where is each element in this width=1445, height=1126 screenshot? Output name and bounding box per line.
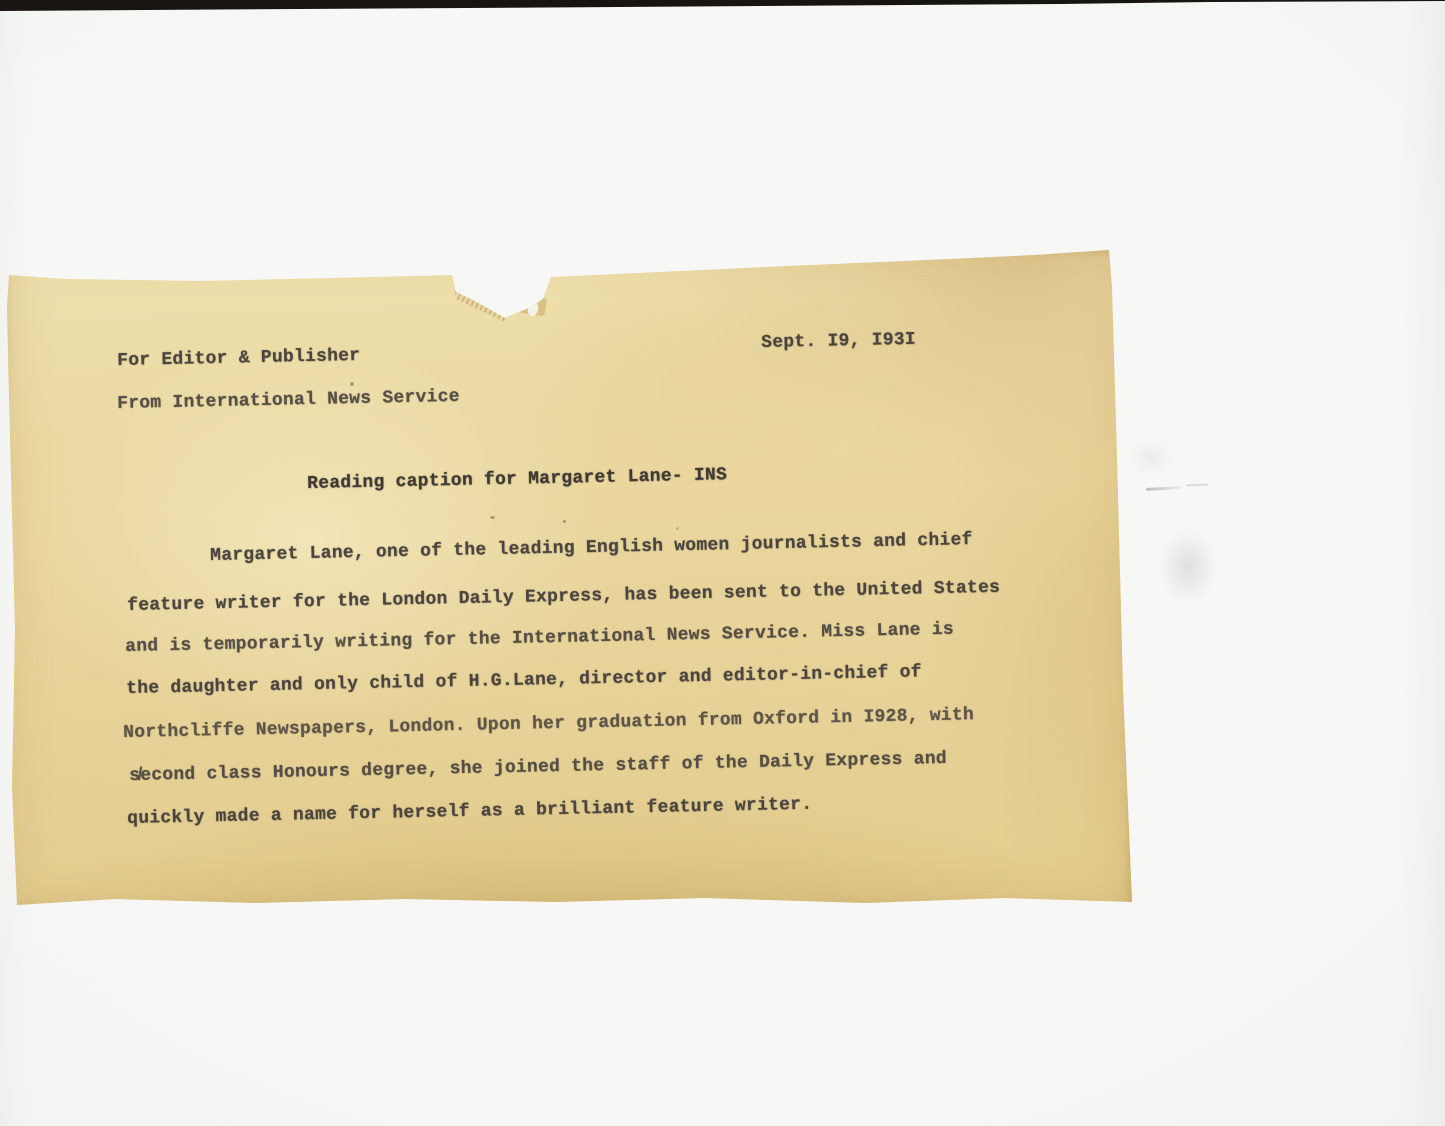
sender-line: From International News Service: [117, 388, 460, 413]
body-line-2: feature writer for the London Daily Expr…: [127, 579, 1000, 615]
date-line: Sept. I9, I93I: [761, 331, 916, 352]
pencil-smudge-dash: [1186, 484, 1208, 487]
pencil-smudge-blob: [1128, 438, 1174, 478]
body-line-5: Northcliffe Newspapers, London. Upon her…: [123, 706, 974, 742]
body-line-1: Margaret Lane, one of the leading Englis…: [210, 531, 973, 565]
body-line-3: and is temporarily writing for the Inter…: [125, 621, 954, 656]
pencil-smudge-blob: [1158, 528, 1218, 606]
ink-speck: [563, 520, 566, 523]
pencil-smudge-dash: [1146, 486, 1180, 491]
body-line-4: the daughter and only child of H.G.Lane,…: [126, 663, 922, 698]
ink-speck: [676, 527, 679, 530]
ink-speck: [350, 382, 354, 386]
paper-tear-crease: [499, 292, 547, 317]
scanned-page: Sept. I9, I93I For Editor & Publisher Fr…: [0, 0, 1445, 1126]
memo-paper: Sept. I9, I93I For Editor & Publisher Fr…: [5, 248, 1133, 908]
caption-heading: Reading caption for Margaret Lane- INS: [307, 466, 727, 493]
paper-tear-flap: [455, 291, 515, 321]
recipient-line: For Editor & Publisher: [117, 347, 360, 370]
body-line-6: s̸econd class Honours degree, she joined…: [129, 750, 947, 785]
body-line-7: quickly made a name for herself as a bri…: [127, 796, 812, 828]
ink-speck: [490, 516, 495, 519]
scanner-edge-bar: [0, 0, 1445, 14]
